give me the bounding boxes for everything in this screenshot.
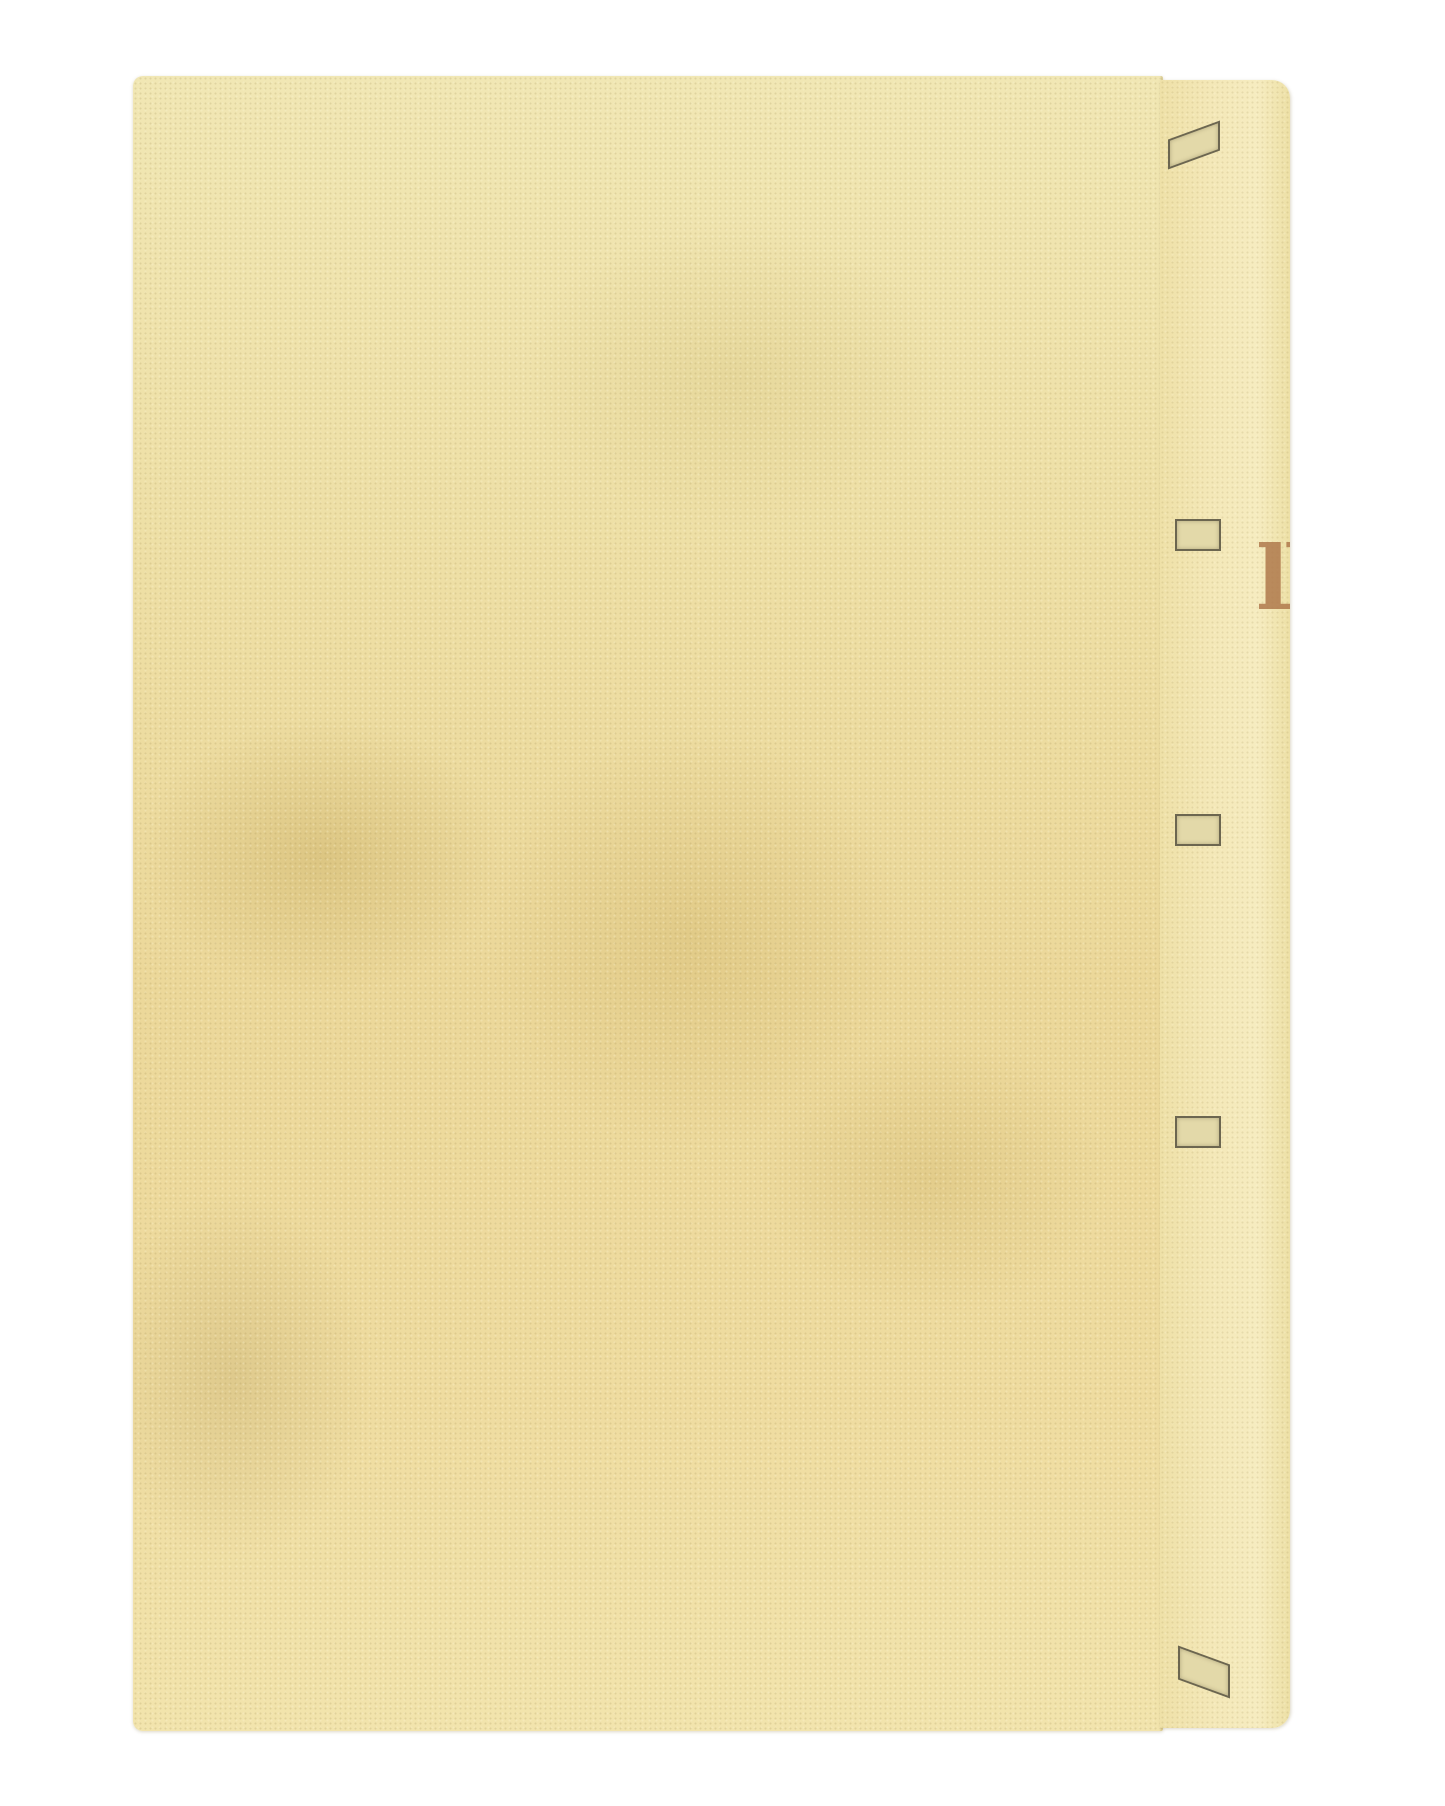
spine-texture [1160,80,1290,1728]
vellum-texture [133,76,1163,1731]
tacket-stitch-upper [1175,519,1221,551]
vellum-back-cover [133,76,1163,1731]
book-photo: ll [0,0,1445,1806]
tacket-stitch-middle [1175,814,1221,846]
tacket-stitch-lower [1175,1116,1221,1148]
spine-manuscript-title: ll [1256,528,1290,628]
book-spine [1160,80,1290,1728]
